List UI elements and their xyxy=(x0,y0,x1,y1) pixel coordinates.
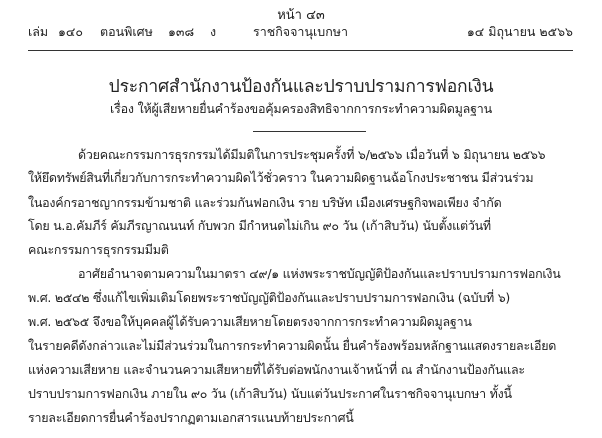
section-number: ๑๓๘ xyxy=(168,22,194,42)
gazette-name: ราชกิจจานุเบกษา xyxy=(253,22,348,42)
header-rule xyxy=(28,50,573,51)
document-subtitle: เรื่อง ให้ผู้เสียหายยื่นคำร้องขอคุ้มครอง… xyxy=(0,99,602,119)
body-line: ปราบปรามการฟอกเงิน ภายใน ๙๐ วัน (เก้าสิบ… xyxy=(28,384,573,404)
body-line: พ.ศ. ๒๕๖๕ จึงขอให้บุคคลผู้ได้รับความเสีย… xyxy=(28,312,573,332)
body-line: คณะกรรมการธุรกรรมมีมติ xyxy=(28,240,573,260)
title-divider xyxy=(253,131,366,132)
body-line: ให้ยึดทรัพย์สินที่เกี่ยวกับการกระทำความผ… xyxy=(28,168,573,188)
running-header: เล่ม ๑๔๐ ตอนพิเศษ ๑๓๘ ง ราชกิจจานุเบกษา … xyxy=(28,22,573,44)
volume-number: ๑๔๐ xyxy=(58,22,83,42)
body-line: โดย น.อ.คัมภีร์ คัมภีรญาณนนท์ กับพวก มีก… xyxy=(28,216,573,236)
body-line: ในรายคดีดังกล่าวและไม่มีส่วนร่วมในการกระ… xyxy=(28,336,573,356)
volume-label: เล่ม xyxy=(28,22,48,42)
body-line: พ.ศ. ๒๕๔๒ ซึ่งแก้ไขเพิ่มเติมโดยพระราชบัญ… xyxy=(28,288,573,308)
body-line: ด้วยคณะกรรมการธุรกรรมได้มีมติในการประชุม… xyxy=(78,145,573,165)
body-line: รายละเอียดการยื่นคำร้องปรากฏตามเอกสารแนบ… xyxy=(28,408,573,428)
section-label: ตอนพิเศษ xyxy=(100,22,153,42)
body-line: ในองค์กรอาชญากรรมข้ามชาติ และร่วมกันฟอกเ… xyxy=(28,193,573,213)
issue-date: ๑๔ มิถุนายน ๒๕๖๖ xyxy=(467,22,573,42)
body-line: อาศัยอำนาจตามความในมาตรา ๔๙/๑ แห่งพระราช… xyxy=(78,264,573,284)
body-line: แห่งความเสียหาย และจำนวนความเสียหายที่ได… xyxy=(28,360,573,380)
document-title: ประกาศสำนักงานป้องกันและปราบปรามการฟอกเง… xyxy=(0,72,602,100)
section-letter: ง xyxy=(210,22,216,42)
